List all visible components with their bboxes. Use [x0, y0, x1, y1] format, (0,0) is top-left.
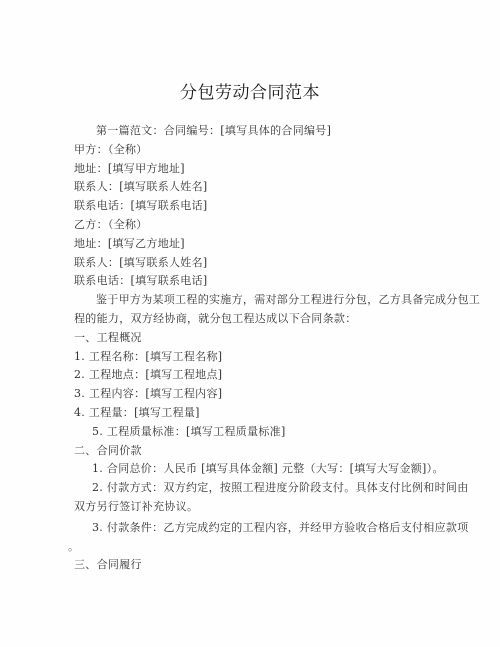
section-2-item-3-line-1: 3. 付款条件：乙方完成约定的工程内容，并经甲方验收合格后支付相应款项 [74, 519, 434, 538]
section-1-heading: 一、工程概况 [74, 329, 434, 348]
section-1-item: 1. 工程名称：[填写工程名称] [74, 348, 434, 367]
section-2-item-2-line-1: 2. 付款方式：双方约定，按照工程进度分阶段支付。具体支付比例和时间由 [74, 479, 434, 498]
contract-number-line: 第一篇范文：合同编号：[填写具体的合同编号] [74, 122, 434, 141]
party-a-contact: 联系人：[填写联系人姓名] [74, 178, 434, 197]
party-b-contact: 联系人：[填写联系人姓名] [74, 254, 434, 273]
party-b-name: 乙方：（全称） [74, 216, 434, 235]
section-1-item: 3. 工程内容：[填写工程内容] [74, 385, 434, 404]
section-1-item: 2. 工程地点：[填写工程地点] [74, 366, 434, 385]
section-1-item: 5. 工程质量标准：[填写工程质量标准] [74, 423, 434, 442]
section-2-item-3-line-2: 。 [68, 538, 434, 557]
party-b-phone: 联系电话：[填写联系电话] [74, 272, 434, 291]
section-1-item: 4. 工程量：[填写工程量] [74, 404, 434, 423]
section-3-heading: 三、合同履行 [74, 556, 434, 575]
party-a-name: 甲方：（全称） [74, 141, 434, 160]
document-title: 分包劳动合同范本 [0, 78, 500, 103]
party-a-phone: 联系电话：[填写联系电话] [74, 197, 434, 216]
intro-line-1: 鉴于甲方为某项工程的实施方，需对部分工程进行分包，乙方具备完成分包工 [74, 291, 434, 310]
section-2-item-2-line-2: 双方另行签订补充协议。 [74, 498, 434, 517]
intro-line-2: 程的能力，双方经协商，就分包工程达成以下合同条款： [74, 310, 434, 329]
section-2-heading: 二、合同价款 [74, 442, 434, 461]
document-body: 第一篇范文：合同编号：[填写具体的合同编号] 甲方：（全称） 地址：[填写甲方地… [74, 122, 434, 575]
document-page: 分包劳动合同范本 第一篇范文：合同编号：[填写具体的合同编号] 甲方：（全称） … [0, 0, 500, 647]
party-a-address: 地址：[填写甲方地址] [74, 160, 434, 179]
section-2-item-1: 1. 合同总价：人民币 [填写具体金额] 元整（大写：[填写大写金额]）。 [74, 460, 434, 479]
party-b-address: 地址：[填写乙方地址] [74, 235, 434, 254]
